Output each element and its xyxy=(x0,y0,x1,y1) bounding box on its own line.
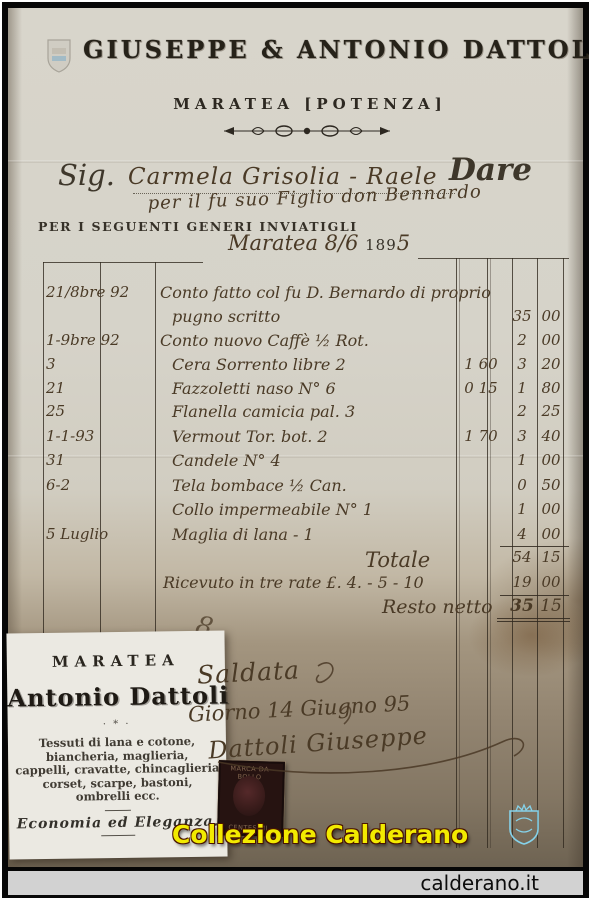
table-row: pugno scritto 35 00 xyxy=(0,307,575,329)
entry-description: Conto fatto col fu D. Bernardo di propri… xyxy=(160,283,491,302)
total-row: Totale 54 15 xyxy=(0,548,575,570)
entry-date: 6-2 xyxy=(46,476,70,494)
entry-unit-price: 1 60 xyxy=(452,355,510,373)
entry-lire: 3 xyxy=(508,355,536,373)
business-location: MARATEA [POTENZA] xyxy=(95,95,525,113)
place-and-date: Maratea 8/6 1895 xyxy=(228,231,410,255)
table-row: 31 Candele N° 4 1 00 xyxy=(0,451,575,473)
entry-centesimi: 00 xyxy=(537,331,565,349)
balance-lire: 35 xyxy=(508,596,536,616)
entry-lire: 1 xyxy=(508,451,536,469)
entry-description: Cera Sorrento libre 2 xyxy=(172,355,346,374)
card-divider xyxy=(105,809,131,810)
table-row: 21/8bre 92 Conto fatto col fu D. Bernard… xyxy=(0,283,575,305)
footer-site-text: calderano.it xyxy=(420,871,539,895)
balance-label: Resto netto xyxy=(382,596,493,618)
place-date-handwritten: Maratea 8/6 xyxy=(228,231,365,255)
collection-crest-icon xyxy=(502,803,546,851)
entry-centesimi: 00 xyxy=(537,451,565,469)
entry-lire: 2 xyxy=(508,402,536,420)
entry-centesimi: 40 xyxy=(537,427,565,445)
table-row: 5 Luglio Maglia di lana - 1 4 00 xyxy=(0,525,575,547)
divider-ornament-icon xyxy=(222,122,392,144)
entry-centesimi: 20 xyxy=(537,355,565,373)
business-name: GIUSEPPE & ANTONIO DATTOLI xyxy=(83,35,535,64)
invoice-photo-page: GIUSEPPE & ANTONIO DATTOLI MARATEA [POTE… xyxy=(0,0,591,900)
entry-lire: 3 xyxy=(508,427,536,445)
entry-description: Fazzoletti naso N° 6 xyxy=(172,379,336,398)
entry-description: Vermout Tor. bot. 2 xyxy=(172,427,328,446)
balance-double-rule xyxy=(497,621,570,622)
signature-flourish-icon xyxy=(190,650,550,794)
entry-date: 21 xyxy=(46,379,65,397)
entry-date: 25 xyxy=(46,402,65,420)
entry-lire: 2 xyxy=(508,331,536,349)
total-rule xyxy=(500,546,569,547)
handwritten-year-digit: 5 xyxy=(397,231,410,255)
entry-centesimi: 50 xyxy=(537,476,565,494)
table-row: 21 Fazzoletti naso N° 6 0 15 1 80 xyxy=(0,379,575,401)
entry-description: Tela bombace ½ Can. xyxy=(172,476,347,495)
entry-date: 5 Luglio xyxy=(46,525,108,543)
entry-unit-price: 0 15 xyxy=(452,379,510,397)
balance-double-rule xyxy=(497,618,570,619)
balance-row: Resto netto 35 15 xyxy=(0,596,575,618)
table-row: Collo impermeabile N° 1 1 00 xyxy=(0,500,575,522)
entry-date: 21/8bre 92 xyxy=(46,283,129,301)
entry-date: 1-1-93 xyxy=(46,427,94,445)
entry-centesimi: 00 xyxy=(537,500,565,518)
table-row: 3 Cera Sorrento libre 2 1 60 3 20 xyxy=(0,355,575,377)
payment-centesimi: 00 xyxy=(537,573,565,591)
entry-lire: 35 xyxy=(508,307,536,325)
entry-lire: 1 xyxy=(508,500,536,518)
card-divider xyxy=(101,834,135,835)
entry-description: Collo impermeabile N° 1 xyxy=(172,500,373,519)
entry-description: Maglia di lana - 1 xyxy=(172,525,314,544)
salutation-label: Sig. xyxy=(58,158,115,192)
table-row: 1-1-93 Vermout Tor. bot. 2 1 70 3 40 xyxy=(0,427,575,449)
balance-centesimi: 15 xyxy=(537,596,565,616)
entry-date: 1-9bre 92 xyxy=(46,331,120,349)
payment-rule xyxy=(500,595,569,596)
entry-lire: 0 xyxy=(508,476,536,494)
footer-bar: calderano.it xyxy=(8,871,583,895)
payment-lire: 19 xyxy=(508,573,536,591)
entry-lire: 1 xyxy=(508,379,536,397)
table-top-rule-left xyxy=(43,262,203,263)
table-top-rule-right xyxy=(418,258,569,259)
entry-unit-price: 1 70 xyxy=(452,427,510,445)
payment-description: Ricevuto in tre rate £. 4. - 5 - 10 xyxy=(163,573,424,592)
entry-centesimi: 00 xyxy=(537,525,565,543)
entry-date: 31 xyxy=(46,451,65,469)
entry-centesimi: 25 xyxy=(537,402,565,420)
collection-watermark: Collezione Calderano xyxy=(172,820,468,849)
entry-date: 3 xyxy=(46,355,56,373)
entry-centesimi: 00 xyxy=(537,307,565,325)
total-centesimi: 15 xyxy=(537,548,565,566)
entry-centesimi: 80 xyxy=(537,379,565,397)
payment-row: Ricevuto in tre rate £. 4. - 5 - 10 19 0… xyxy=(0,573,575,595)
table-row: 6-2 Tela bombace ½ Can. 0 50 xyxy=(0,476,575,498)
total-label: Totale xyxy=(365,548,430,572)
coat-of-arms-icon xyxy=(44,36,74,78)
entry-description: Candele N° 4 xyxy=(172,451,281,470)
total-lire: 54 xyxy=(508,548,536,566)
table-row: 1-9bre 92 Conto nuovo Caffè ½ Rot. 2 00 xyxy=(0,331,575,353)
printed-year-prefix: 189 xyxy=(365,236,397,254)
entry-description: Conto nuovo Caffè ½ Rot. xyxy=(160,331,369,350)
entry-description: pugno scritto xyxy=(172,307,280,326)
entry-description: Flanella camicia pal. 3 xyxy=(172,402,355,421)
table-row: 25 Flanella camicia pal. 3 2 25 xyxy=(0,402,575,424)
entry-lire: 4 xyxy=(508,525,536,543)
